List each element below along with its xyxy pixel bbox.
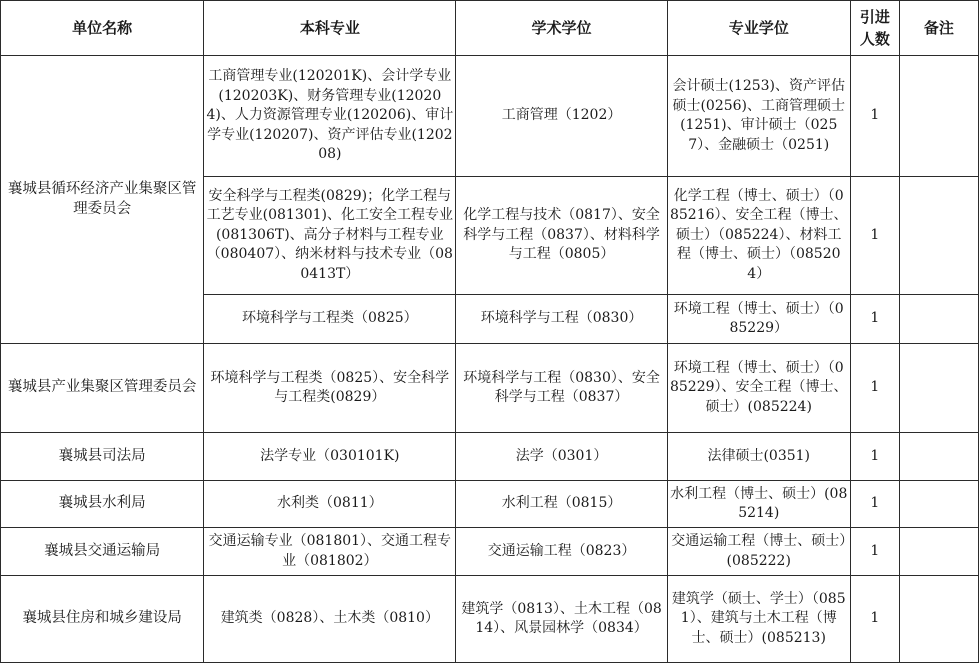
academic-cell: 水利工程（0815） <box>456 481 667 528</box>
professional-cell: 会计硕士(1253)、资产评估硕士(0256)、工商管理硕士(1251)、审计硕… <box>667 56 850 177</box>
academic-cell: 环境科学与工程（0830） <box>456 295 667 344</box>
undergrad-cell: 交通运输专业（081801）、交通工程专业（081802） <box>204 528 456 576</box>
note-cell <box>899 576 978 663</box>
table-row: 襄城县循环经济产业集聚区管理委员会 工商管理专业(120201K)、会计学专业(… <box>1 56 979 177</box>
academic-cell: 环境科学与工程（0830）、安全科学与工程（0837） <box>456 344 667 433</box>
note-cell <box>899 56 978 177</box>
header-count: 引进人数 <box>850 1 899 56</box>
unit-name: 襄城县循环经济产业集聚区管理委员会 <box>1 56 204 344</box>
undergrad-cell: 环境科学与工程类（0825）、安全科学与工程类(0829） <box>204 344 456 433</box>
note-cell <box>899 528 978 576</box>
academic-cell: 工商管理（1202） <box>456 56 667 177</box>
note-cell <box>899 481 978 528</box>
professional-cell: 环境工程（博士、硕士）（085229）、安全工程（博士、硕士）(085224) <box>667 344 850 433</box>
count-cell: 1 <box>850 576 899 663</box>
table-row: 襄城县交通运输局 交通运输专业（081801）、交通工程专业（081802） 交… <box>1 528 979 576</box>
count-cell: 1 <box>850 177 899 295</box>
header-row: 单位名称 本科专业 学术学位 专业学位 引进人数 备注 <box>1 1 979 56</box>
undergrad-cell: 工商管理专业(120201K)、会计学专业(120203K)、财务管理专业(12… <box>204 56 456 177</box>
professional-cell: 建筑学（硕士、学士）（0851）、建筑与土木工程（博士、硕士）(085213) <box>667 576 850 663</box>
academic-cell: 建筑学（0813）、土木工程（0814）、风景园林学（0834） <box>456 576 667 663</box>
academic-cell: 化学工程与技术（0817）、安全科学与工程（0837）、材料科学与工程（0805… <box>456 177 667 295</box>
professional-cell: 环境工程（博士、硕士）（085229） <box>667 295 850 344</box>
note-cell <box>899 295 978 344</box>
header-unit: 单位名称 <box>1 1 204 56</box>
table-row: 襄城县产业集聚区管理委员会 环境科学与工程类（0825）、安全科学与工程类(08… <box>1 344 979 433</box>
count-cell: 1 <box>850 433 899 481</box>
count-cell: 1 <box>850 295 899 344</box>
table-row: 襄城县水利局 水利类（0811） 水利工程（0815） 水利工程（博士、硕士）(… <box>1 481 979 528</box>
unit-name: 襄城县交通运输局 <box>1 528 204 576</box>
undergrad-cell: 环境科学与工程类（0825） <box>204 295 456 344</box>
undergrad-cell: 法学专业（030101K) <box>204 433 456 481</box>
undergrad-cell: 建筑类（0828）、土木类（0810） <box>204 576 456 663</box>
count-cell: 1 <box>850 481 899 528</box>
professional-cell: 交通运输工程（博士、硕士）(085222) <box>667 528 850 576</box>
unit-name: 襄城县司法局 <box>1 433 204 481</box>
table-row: 襄城县住房和城乡建设局 建筑类（0828）、土木类（0810） 建筑学（0813… <box>1 576 979 663</box>
note-cell <box>899 177 978 295</box>
professional-cell: 法律硕士(0351) <box>667 433 850 481</box>
header-professional: 专业学位 <box>667 1 850 56</box>
professional-cell: 化学工程（博士、硕士）（085216）、安全工程（博士、硕士）（085224）、… <box>667 177 850 295</box>
note-cell <box>899 433 978 481</box>
count-cell: 1 <box>850 528 899 576</box>
professional-cell: 水利工程（博士、硕士）(085214) <box>667 481 850 528</box>
unit-name: 襄城县水利局 <box>1 481 204 528</box>
header-note: 备注 <box>899 1 978 56</box>
recruitment-table: 单位名称 本科专业 学术学位 专业学位 引进人数 备注 襄城县循环经济产业集聚区… <box>0 0 979 663</box>
academic-cell: 交通运输工程（0823） <box>456 528 667 576</box>
note-cell <box>899 344 978 433</box>
academic-cell: 法学（0301） <box>456 433 667 481</box>
undergrad-cell: 安全科学与工程类(0829)；化学工程与工艺专业(081301)、化工安全工程专… <box>204 177 456 295</box>
unit-name: 襄城县产业集聚区管理委员会 <box>1 344 204 433</box>
table-row: 襄城县司法局 法学专业（030101K) 法学（0301） 法律硕士(0351)… <box>1 433 979 481</box>
count-cell: 1 <box>850 344 899 433</box>
count-cell: 1 <box>850 56 899 177</box>
header-undergrad: 本科专业 <box>204 1 456 56</box>
undergrad-cell: 水利类（0811） <box>204 481 456 528</box>
unit-name: 襄城县住房和城乡建设局 <box>1 576 204 663</box>
header-academic: 学术学位 <box>456 1 667 56</box>
